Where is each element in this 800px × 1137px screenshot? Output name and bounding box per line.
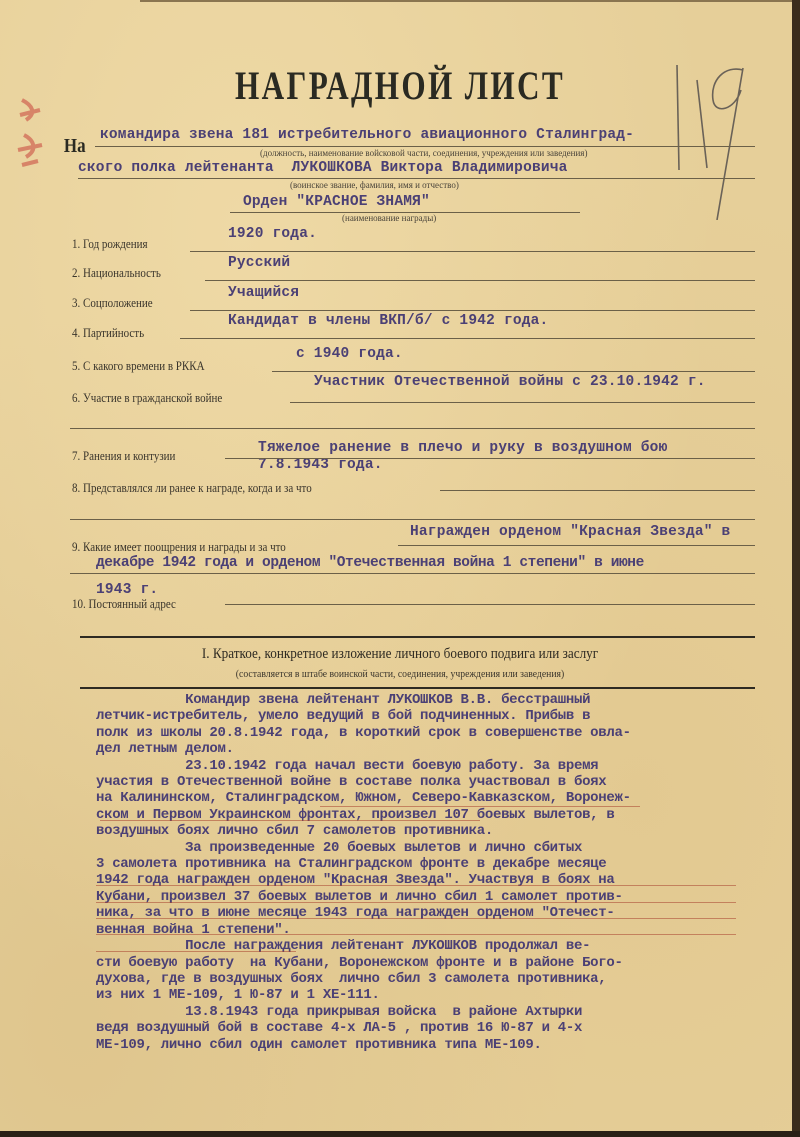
narrative-line: МЕ-109, лично сбил один самолет противни…: [96, 1037, 786, 1053]
narrative-line: воздушных боях лично сбил 7 самолетов пр…: [96, 823, 786, 839]
line-rule: [180, 338, 755, 339]
narrative-line: 23.10.1942 года начал вести боевую работ…: [96, 758, 786, 774]
line-rule: [78, 178, 755, 179]
section-rule-top: [80, 636, 755, 638]
field-value-civil-war: Участник Отечественной войны с 23.10.194…: [314, 374, 706, 390]
line-rule: [398, 545, 755, 546]
narrative-line: ника, за что в июне месяце 1943 года наг…: [96, 905, 786, 921]
line-rule: [190, 310, 755, 311]
narrative-line: После награждения лейтенант ЛУКОШКОВ про…: [96, 938, 786, 954]
narrative-line: 13.8.1943 года прикрывая войска в районе…: [96, 1004, 786, 1020]
field-label-address: 10. Постоянный адрес: [72, 597, 176, 612]
field-label-party: 4. Партийность: [72, 326, 144, 341]
caption-award: (наименование награды): [342, 213, 436, 223]
field-label-previous-awards: 8. Представлялся ли ранее к награде, ког…: [72, 481, 312, 496]
field-label-rkka: 5. С какого времени в РККА: [72, 359, 205, 374]
page-title: НАГРАДНОЙ ЛИСТ: [88, 62, 712, 109]
narrative-line: духова, где в воздушных боях лично сбил …: [96, 971, 786, 987]
narrative-line: летчик-истребитель, умело ведущий в бой …: [96, 708, 786, 724]
narrative-line: ведя воздушный бой в составе 4-х ЛА-5 , …: [96, 1020, 786, 1036]
line-rule: [225, 458, 755, 459]
line-rule: [225, 604, 755, 605]
red-underline: [96, 934, 736, 935]
narrative-line: полк из школы 20.8.1942 года, в короткий…: [96, 725, 786, 741]
field-value-awards-1: Награжден орденом "Красная Звезда" в: [410, 524, 730, 540]
caption-position: (должность, наименование войсковой части…: [260, 148, 587, 158]
field-value-social: Учащийся: [228, 285, 299, 301]
section-rule-bottom: [80, 687, 755, 689]
red-underline: [96, 885, 736, 886]
line-rule: [290, 402, 755, 403]
narrative-line: дел летным делом.: [96, 741, 786, 757]
field-label-nationality: 2. Национальность: [72, 266, 161, 281]
narrative-line: венная война 1 степени".: [96, 922, 786, 938]
caption-name: (воинское звание, фамилия, имя и отчеств…: [290, 180, 459, 190]
narrative-line: За произведенные 20 боевых вылетов и лич…: [96, 840, 786, 856]
line-rule: [70, 573, 755, 574]
section-subtitle: (составляется в штабе воинской части, со…: [48, 668, 752, 680]
narrative-line: участия в Отечественной войне в составе …: [96, 774, 786, 790]
field-label-civil-war: 6. Участие в гражданской войне: [72, 391, 222, 406]
field-value-nationality: Русский: [228, 255, 290, 271]
field-label-social: 3. Соцположение: [72, 296, 153, 311]
field-value-birth-year: 1920 года.: [228, 226, 317, 242]
field-value-awards-2: декабре 1942 года и орденом "Отечественн…: [96, 555, 644, 571]
field-value-wounds: Тяжелое ранение в плечо и руку в воздушн…: [258, 440, 667, 456]
narrative-line: 3 самолета противника на Сталинградском …: [96, 856, 786, 872]
field-label-birth-year: 1. Год рождения: [72, 237, 148, 252]
red-underline: [96, 918, 736, 919]
award-name: Орден "КРАСНОЕ ЗНАМЯ": [243, 194, 430, 210]
line-rule: [272, 371, 755, 372]
line-rule: [440, 490, 755, 491]
paper-top-edge: [140, 0, 800, 2]
red-underline: [96, 902, 736, 903]
field-value-wounds-date: 7.8.1943 года.: [258, 457, 383, 473]
na-label: На: [64, 135, 86, 158]
narrative-line: на Калининском, Сталинградском, Южном, С…: [96, 790, 786, 806]
red-underline: [96, 951, 296, 952]
field-label-wounds: 7. Ранения и контузии: [72, 449, 175, 464]
red-margin-mark: [12, 95, 52, 175]
field-value-awards-3: 1943 г.: [96, 582, 158, 598]
line-rule: [70, 519, 755, 520]
nominee-line-2: ского полка лейтенанта ЛУКОШКОВА Виктора…: [78, 160, 568, 176]
line-rule: [205, 280, 755, 281]
narrative-line: Командир звена лейтенант ЛУКОШКОВ В.В. б…: [96, 692, 786, 708]
red-underline: [100, 820, 480, 821]
line-rule: [70, 428, 755, 429]
line-rule: [95, 146, 755, 147]
scan-bottom-edge: [0, 1131, 800, 1137]
narrative-text: Командир звена лейтенант ЛУКОШКОВ В.В. б…: [96, 692, 786, 1053]
scan-right-edge: [792, 0, 800, 1137]
section-title: I. Краткое, конкретное изложение личного…: [48, 646, 752, 663]
line-rule: [190, 251, 755, 252]
nominee-line-1: командира звена 181 истребительного авиа…: [100, 127, 634, 143]
field-value-party: Кандидат в члены ВКП/б/ с 1942 года.: [228, 313, 548, 329]
field-label-awards: 9. Какие имеет поощрения и награды и за …: [72, 540, 286, 555]
red-underline: [320, 806, 640, 807]
narrative-line: из них 1 МЕ-109, 1 Ю-87 и 1 ХЕ-111.: [96, 987, 786, 1003]
field-value-rkka: с 1940 года.: [296, 346, 403, 362]
narrative-line: сти боевую работу на Кубани, Воронежском…: [96, 955, 786, 971]
narrative-line: 1942 года награжден орденом "Красная Зве…: [96, 872, 786, 888]
